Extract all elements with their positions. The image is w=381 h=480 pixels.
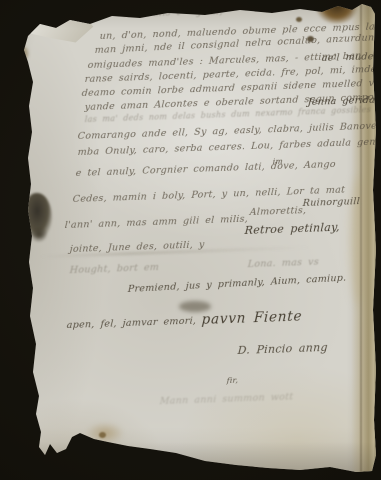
handwriting-line: Lona. mas vs (247, 257, 319, 271)
handwriting-flap-fragment: c. ms (36, 2, 59, 17)
handwriting-word-dark: pavvn Fiente (201, 308, 303, 328)
handwriting-signature: D. Pincio anng (237, 341, 328, 357)
handwriting-line: apen, fel, jamvar emori, (66, 315, 196, 331)
handwriting-word-dark: Ruinorguill (302, 196, 360, 209)
mold-stain-left-edge (30, 226, 48, 242)
handwriting-line: jointe, June des, outili, y (69, 239, 204, 255)
handwriting-line: ae'l mudes (321, 51, 379, 64)
torn-corner-flap (28, 2, 96, 46)
handwriting-superscript: im (273, 157, 284, 166)
handwriting-line: e tel anuly, Corgnier comando lati, dove… (75, 159, 336, 179)
handwriting-line: Almorettis, (249, 205, 306, 218)
mold-stain-left-edge (25, 193, 52, 238)
scanned-document-background: sil l'oulis t y. al, un, d'on, nond, mal… (0, 0, 381, 480)
handwriting-title-fragment: sil l'oulis t (122, 7, 181, 20)
handwriting-line: l'ann' ann, mas amm gili el milis, (64, 214, 248, 231)
manuscript-page: sil l'oulis t y. al, un, d'on, nond, mal… (0, 0, 381, 480)
brown-stain-dot (99, 432, 106, 438)
handwriting-line: Hought, bort em (69, 262, 159, 276)
handwriting-line: Premiend, jus y primanly, Aium, camiup. (128, 273, 347, 295)
ink-dot (296, 17, 302, 22)
left-edge-stain (15, 46, 28, 61)
handwriting-word-dark: Retroe petinlay, (244, 221, 340, 237)
handwriting-title-fragment: y. al, (196, 6, 223, 18)
ink-smudge (179, 301, 211, 312)
handwriting-mark: fir, (227, 376, 239, 385)
handwriting-line: Mann anni summon wott (159, 391, 293, 407)
brown-stain-bottom (86, 422, 124, 444)
